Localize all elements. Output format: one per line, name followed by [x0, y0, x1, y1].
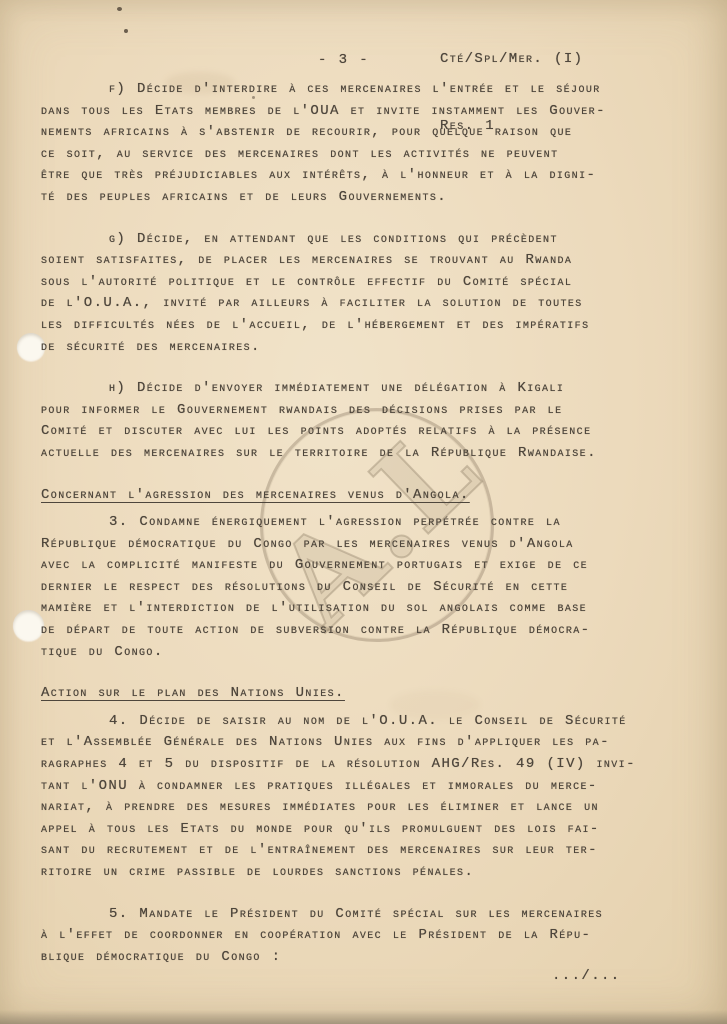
document-reference: Cté/Spl/Mer. (I) [440, 47, 583, 71]
text-line: soient satisfaites, de placer les mercen… [41, 250, 701, 272]
document-body: f) Décide d'interdire à ces mercenaires … [41, 79, 701, 968]
text-line: 5. Mandate le Président du Comité spécia… [41, 904, 701, 926]
paragraph: 4. Décide de saisir au nom de l'O.U.A. l… [41, 711, 701, 884]
text-line: pour informer le Gouvernement rwandais d… [41, 400, 701, 422]
text-line: ritoire un crime passible de lourdes san… [41, 862, 701, 884]
text-line: té des peuples africains et de leurs Gou… [41, 187, 701, 209]
text-line: nariat, à prendre des mesures immédiates… [41, 797, 701, 819]
text-line: tant l'ONU à condamner les pratiques ill… [41, 776, 701, 798]
section-heading: Action sur le plan des Nations Unies. [41, 683, 701, 705]
text-line: Concernant l'agression des mercenaires v… [41, 485, 701, 507]
text-line: avec la complicité manifeste du Gouverne… [41, 555, 701, 577]
text-line: ce soit, au service des mercenaires dont… [41, 144, 701, 166]
punch-hole-bottom [13, 610, 44, 641]
text-line: de départ de toute action de subversion … [41, 620, 701, 642]
section-heading: Concernant l'agression des mercenaires v… [41, 485, 701, 507]
text-line: tique du Congo. [41, 642, 701, 664]
ink-speck [117, 7, 122, 11]
scan-edge-shadow [0, 1010, 727, 1024]
text-line: ragraphes 4 et 5 du dispositif de la rés… [41, 754, 701, 776]
text-line: 4. Décide de saisir au nom de l'O.U.A. l… [41, 711, 701, 733]
text-line: f) Décide d'interdire à ces mercenaires … [41, 79, 701, 101]
text-line: sous l'autorité politique et le contrôle… [41, 272, 701, 294]
text-line: h) Décide d'envoyer immédiatement une dé… [41, 378, 701, 400]
text-line: appel à tous les Etats du monde pour qu'… [41, 819, 701, 841]
text-line: les difficultés nées de l'accueil, de l'… [41, 315, 701, 337]
text-line: nements africains à s'abstenir de recour… [41, 122, 701, 144]
continuation-mark: .../... [552, 966, 621, 988]
paragraph: h) Décide d'envoyer immédiatement une dé… [41, 378, 701, 464]
text-line: dans tous les Etats membres de l'OUA et … [41, 101, 701, 123]
text-line: dernier le respect des résolutions du Co… [41, 577, 701, 599]
page-number: - 3 - [318, 50, 369, 72]
text-line: et l'Assemblée Générale des Nations Unie… [41, 732, 701, 754]
text-line: sant du recrutement et de l'entraînement… [41, 840, 701, 862]
paragraph: g) Décide, en attendant que les conditio… [41, 229, 701, 359]
text-line: 3. Condamne énergiquement l'agression pe… [41, 512, 701, 534]
text-line: de l'O.U.A., invité par ailleurs à facil… [41, 293, 701, 315]
ink-speck [124, 29, 128, 33]
document-page: A.L Cté/Spl/Mer. (I) Res. 1 - 3 - f) Déc… [0, 0, 727, 1024]
text-line: à l'effet de coordonner en coopération a… [41, 925, 701, 947]
text-line: g) Décide, en attendant que les conditio… [41, 229, 701, 251]
text-line: Comité et discuter avec lui les points a… [41, 421, 701, 443]
text-line: République démocratique du Congo par les… [41, 534, 701, 556]
text-line: Action sur le plan des Nations Unies. [41, 683, 701, 705]
paragraph: 3. Condamne énergiquement l'agression pe… [41, 512, 701, 663]
text-line: actuelle des mercenaires sur le territoi… [41, 443, 701, 465]
text-line: mamière et l'interdiction de l'utilisati… [41, 598, 701, 620]
text-line: être que très préjudiciables aux intérêt… [41, 165, 701, 187]
paragraph: 5. Mandate le Président du Comité spécia… [41, 904, 701, 969]
paragraph: f) Décide d'interdire à ces mercenaires … [41, 79, 701, 209]
text-line: de sécurité des mercenaires. [41, 337, 701, 359]
